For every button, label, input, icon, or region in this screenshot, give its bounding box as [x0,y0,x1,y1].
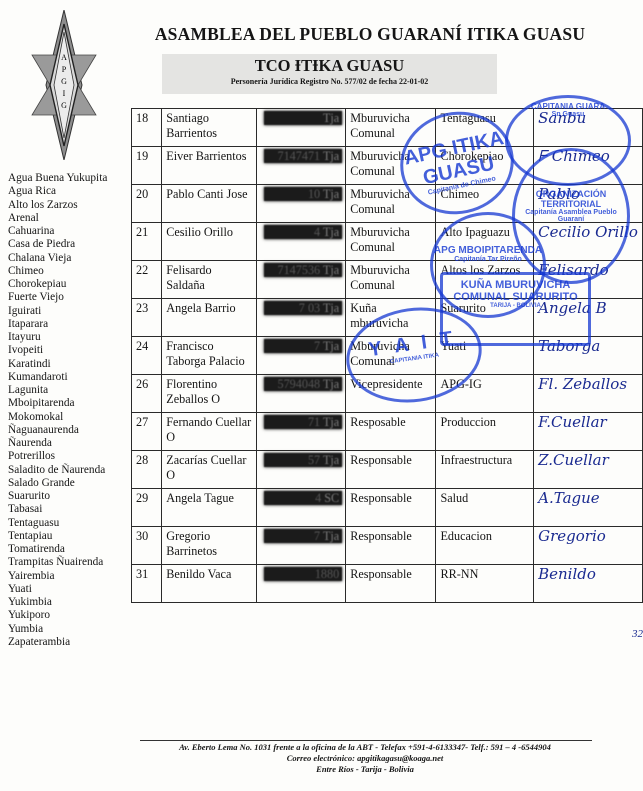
community: Tentaguasu [436,109,534,147]
table-row: 19Eiver Barrientos7147471 TjaMburuvicha … [132,147,643,185]
community-item: Yukiporo [8,609,123,622]
row-number: 20 [132,185,162,223]
signature-cell: Benildo [534,565,643,603]
community-item: Suarurito [8,490,123,503]
community-item: Ñaguanaurenda [8,424,123,437]
footer-location: Entre Ríos - Tarija - Bolivia [130,764,600,775]
id-number: 7 Tja [256,337,346,375]
handwritten-signature: ᖴ Chimeo [538,147,610,165]
community-item: Itaparara [8,318,123,331]
id-number: 7 Tja [256,527,346,565]
community-item: Ñaurenda [8,437,123,450]
apgig-logo: A P G I G [30,10,98,160]
community-item: Yuati [8,583,123,596]
community: Alto Ipaguazu [436,223,534,261]
signature-cell: Taborga [534,337,643,375]
position: Mburuvicha Comunal [346,109,436,147]
position: Vicepresidente [346,375,436,413]
footer: Av. Eberto Lema No. 1031 frente a la ofi… [130,742,600,775]
redacted-id: 1880 [264,567,342,581]
id-number: 57 Tja [256,451,346,489]
signature-cell: Pablo [534,185,643,223]
community-item: Agua Buena Yukupita [8,172,123,185]
id-number: Tja [256,109,346,147]
row-number: 30 [132,527,162,565]
position: Mburuvicha Comunal [346,147,436,185]
redacted-id: 5794048 Tja [264,377,342,391]
member-name: Cesilio Orillo [162,223,256,261]
id-visible-digits: 71 [308,415,320,429]
id-number: 4 Tja [256,223,346,261]
community-item: Mboipitarenda [8,397,123,410]
community-item: Chalana Vieja [8,252,123,265]
footer-address: Av. Eberto Lema No. 1031 frente a la ofi… [130,742,600,753]
member-name: Angela Tague [162,489,256,527]
table-row: 28Zacarías Cuellar O57 TjaResponsableInf… [132,451,643,489]
table-row: 30Gregorio Barrinetos7 TjaResponsableEdu… [132,527,643,565]
community-item: Lagunita [8,384,123,397]
community-item: Fuerte Viejo [8,291,123,304]
community-item: Itayuru [8,331,123,344]
id-visible-digits: 7 03 [299,301,320,315]
row-number: 21 [132,223,162,261]
redacted-id: 71 Tja [264,415,342,429]
community-item: Zapaterambia [8,636,123,649]
handwritten-signature: Pablo [538,185,580,203]
member-name: Fernando Cuellar O [162,413,256,451]
community: Produccion [436,413,534,451]
row-number: 23 [132,299,162,337]
member-name: Felisardo Saldaña [162,261,256,299]
row-number: 27 [132,413,162,451]
member-name: Francisco Taborga Palacio [162,337,256,375]
members-table: 18Santiago Barrientos TjaMburuvicha Comu… [131,108,643,603]
id-suffix: Tja [323,529,339,543]
id-number: 4 SC [256,489,346,527]
community-item: Cahuarina [8,225,123,238]
community-item: Saladito de Ñaurenda [8,464,123,477]
community: Salud [436,489,534,527]
id-suffix: Tja [323,149,339,163]
member-name: Santiago Barrientos [162,109,256,147]
community-item: Chorokepiau [8,278,123,291]
id-suffix: Tja [323,111,339,125]
id-suffix: Tja [323,263,339,277]
position: Mburuvicha Comunal [346,261,436,299]
community-item: Iguirati [8,305,123,318]
community-item: Yumbia [8,623,123,636]
signature-cell: Felisardo [534,261,643,299]
communities-list: Agua Buena YukupitaAgua RicaAlto los Zar… [8,172,123,649]
handwritten-signature: F.Cuellar [538,413,607,431]
member-name: Gregorio Barrinetos [162,527,256,565]
id-visible-digits: 7 [314,529,320,543]
id-number: 10 Tja [256,185,346,223]
position: Responsable [346,527,436,565]
signature-cell: ᖴ Chimeo [534,147,643,185]
row-number: 22 [132,261,162,299]
member-name: Pablo Canti Jose [162,185,256,223]
svg-text:P: P [62,65,67,74]
community-item: Yukimbia [8,596,123,609]
position: Mburuvicha Comunal [346,185,436,223]
footer-email: Correo electrónico: apgitikagasu@koaga.n… [130,753,600,764]
row-number: 24 [132,337,162,375]
community: Chorokepiao [436,147,534,185]
position: Responsable [346,451,436,489]
id-number: 1880 [256,565,346,603]
row-number: 18 [132,109,162,147]
id-suffix: Tja [323,453,339,467]
handwritten-signature: Angela B [538,299,607,317]
row-number: 29 [132,489,162,527]
tco-banner: TCO ƗTƗKA GUASU Personería Jurídica Regi… [162,54,497,94]
handwritten-signature: Cecilio Orillo [538,223,638,241]
community-item: Casa de Piedra [8,238,123,251]
community-item: Yairembia [8,570,123,583]
community-item: Karatindi [8,358,123,371]
id-number: 7 03 Tja [256,299,346,337]
community-item: Chimeo [8,265,123,278]
redacted-id: 4 SC [264,491,342,505]
table-row: 21Cesilio Orillo4 TjaMburuvicha ComunalA… [132,223,643,261]
member-name: Eiver Barrientos [162,147,256,185]
row-number: 31 [132,565,162,603]
position: Mburuvicha Comunal [346,337,436,375]
community-item: Arenal [8,212,123,225]
handwritten-signature: Fl. Zeballos [538,375,627,393]
community-item: Kumandaroti [8,371,123,384]
signature-cell: F.Cuellar [534,413,643,451]
svg-text:G: G [61,101,67,110]
svg-text:G: G [61,77,67,86]
redacted-id: 10 Tja [264,187,342,201]
id-suffix: Tja [323,339,339,353]
id-visible-digits: 7 [314,339,320,353]
id-number: 5794048 Tja [256,375,346,413]
signature-cell: A.Tague [534,489,643,527]
member-name: Angela Barrio [162,299,256,337]
registration-text: Personería Jurídica Registro No. 577/02 … [162,76,497,88]
signature-cell: Sanbu [534,109,643,147]
handwritten-signature: Gregorio [538,527,606,545]
community-item: Agua Rica [8,185,123,198]
table-row: 23Angela Barrio7 03 TjaKuña mburuvichaSu… [132,299,643,337]
signature-cell: Cecilio Orillo [534,223,643,261]
redacted-id: 7147471 Tja [264,149,342,163]
svg-text:I: I [63,89,66,98]
community-item: Tomatirenda [8,543,123,556]
handwritten-signature: Benildo [538,565,596,583]
handwritten-signature: A.Tague [538,489,600,507]
redacted-id: 57 Tja [264,453,342,467]
member-name: Florentino Zeballos O [162,375,256,413]
community-item: Alto los Zarzos [8,199,123,212]
id-visible-digits: 7147471 [277,149,320,163]
svg-text:A: A [61,53,67,62]
row-number: 19 [132,147,162,185]
community-item: Tentaguasu [8,517,123,530]
community: APG-IG [436,375,534,413]
id-visible-digits: 57 [308,453,320,467]
redacted-id: Tja [264,111,342,125]
id-suffix: Tja [323,187,339,201]
table-row: 27Fernando Cuellar O71 TjaResposableProd… [132,413,643,451]
id-visible-digits: 10 [308,187,320,201]
table-row: 29Angela Tague4 SCResponsableSaludA.Tagu… [132,489,643,527]
community-item: Tentapiau [8,530,123,543]
community: RR-NN [436,565,534,603]
community-item: Ivopeiti [8,344,123,357]
redacted-id: 7 03 Tja [264,301,342,315]
community-item: Tabasai [8,503,123,516]
handwritten-signature: Sanbu [538,109,586,127]
organization-title: ASAMBLEA DEL PUEBLO GUARANÍ ITIKA GUASU [130,24,610,45]
id-suffix: Tja [323,377,339,391]
footer-divider [140,740,592,741]
member-name: Benildo Vaca [162,565,256,603]
community-item: Salado Grande [8,477,123,490]
signature-cell: Angela B [534,299,643,337]
table-row: 31Benildo Vaca1880 ResponsableRR-NNBenil… [132,565,643,603]
id-suffix: SC [324,491,339,505]
page-mark: 32 [632,628,643,640]
handwritten-signature: Taborga [538,337,600,355]
community: Suarurito [436,299,534,337]
community: Yuati [436,337,534,375]
id-suffix: Tja [323,225,339,239]
id-visible-digits: 4 [314,225,320,239]
redacted-id: 7147536 Tja [264,263,342,277]
position: Responsable [346,489,436,527]
table-row: 18Santiago Barrientos TjaMburuvicha Comu… [132,109,643,147]
member-name: Zacarías Cuellar O [162,451,256,489]
community-item: Trampitas Ñuairenda [8,556,123,569]
id-suffix: Tja [323,415,339,429]
redacted-id: 4 Tja [264,225,342,239]
table-row: 22Felisardo Saldaña7147536 TjaMburuvicha… [132,261,643,299]
community-item: Potrerillos [8,450,123,463]
row-number: 26 [132,375,162,413]
signature-cell: Fl. Zeballos [534,375,643,413]
community: Altos los Zarzos [436,261,534,299]
id-suffix: Tja [323,301,339,315]
table-row: 20Pablo Canti Jose10 TjaMburuvicha Comun… [132,185,643,223]
table-row: 24Francisco Taborga Palacio7 TjaMburuvic… [132,337,643,375]
id-visible-digits: 7147536 [277,263,320,277]
handwritten-signature: Felisardo [538,261,609,279]
community: Infraestructura [436,451,534,489]
position: Mburuvicha Comunal [346,223,436,261]
signature-cell: Gregorio [534,527,643,565]
id-visible-digits: 1880 [315,567,339,581]
tco-name: TCO ƗTƗKA GUASU [162,56,497,76]
community-item: Mokomokal [8,411,123,424]
id-visible-digits: 5794048 [277,377,320,391]
community: Educacion [436,527,534,565]
id-number: 71 Tja [256,413,346,451]
position: Kuña mburuvicha [346,299,436,337]
id-visible-digits: 4 [315,491,321,505]
redacted-id: 7 Tja [264,339,342,353]
position: Responsable [346,565,436,603]
community: Chimeo [436,185,534,223]
row-number: 28 [132,451,162,489]
signature-cell: Z.Cuellar [534,451,643,489]
id-number: 7147536 Tja [256,261,346,299]
table-row: 26Florentino Zeballos O5794048 TjaVicepr… [132,375,643,413]
position: Resposable [346,413,436,451]
star-logo-icon: A P G I G [30,10,98,160]
id-number: 7147471 Tja [256,147,346,185]
handwritten-signature: Z.Cuellar [538,451,609,469]
redacted-id: 7 Tja [264,529,342,543]
